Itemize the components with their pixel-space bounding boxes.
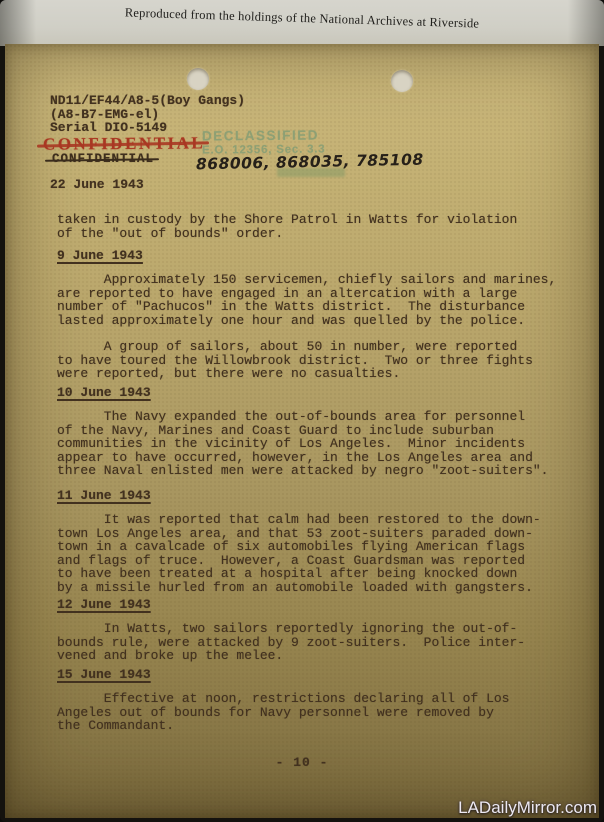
section-paragraph: A group of sailors, about 50 in number, … xyxy=(57,340,577,381)
document-page: ND11/EF44/A8-5(Boy Gangs) (A8-B7-EMG-el)… xyxy=(5,44,599,818)
section-paragraph: The Navy expanded the out-of-bounds area… xyxy=(57,410,577,478)
watermark: LADailyMirror.com xyxy=(458,798,597,818)
section-date-heading: 10 June 1943 xyxy=(57,386,151,400)
dated-section: 11 June 1943 It was reported that calm h… xyxy=(57,489,577,607)
dated-section: 10 June 1943 The Navy expanded the out-o… xyxy=(57,386,577,491)
confidential-typed: CONFIDENTIAL xyxy=(52,152,154,166)
declassified-stamp-line1: DECLASSIFIED xyxy=(202,127,326,143)
document-date: 22 June 1943 xyxy=(50,177,144,192)
punch-hole-right xyxy=(391,70,413,92)
section-date-heading: 15 June 1943 xyxy=(57,668,151,682)
file-number-line3: Serial DIO-5149 xyxy=(50,120,167,135)
dated-section: 9 June 1943 Approximately 150 servicemen… xyxy=(57,249,577,394)
intro-paragraph: taken in custody by the Shore Patrol in … xyxy=(57,213,517,240)
section-paragraph: Approximately 150 servicemen, chiefly sa… xyxy=(57,273,577,327)
punch-hole-left xyxy=(187,68,209,90)
section-paragraph: In Watts, two sailors reportedly ignorin… xyxy=(57,622,577,663)
page-number: - 10 - xyxy=(5,755,599,770)
dated-section: 12 June 1943 In Watts, two sailors repor… xyxy=(57,598,577,676)
handwritten-numbers: 868006, 868035, 785108 xyxy=(196,151,424,174)
dated-section: 15 June 1943 Effective at noon, restrict… xyxy=(57,668,577,746)
section-paragraph: Effective at noon, restrictions declarin… xyxy=(57,692,577,733)
section-date-heading: 9 June 1943 xyxy=(57,249,143,263)
section-date-heading: 12 June 1943 xyxy=(57,598,151,612)
archive-photo: Reproduced from the holdings of the Nati… xyxy=(0,0,604,822)
section-paragraph: It was reported that calm had been resto… xyxy=(57,513,577,594)
section-date-heading: 11 June 1943 xyxy=(57,489,151,503)
